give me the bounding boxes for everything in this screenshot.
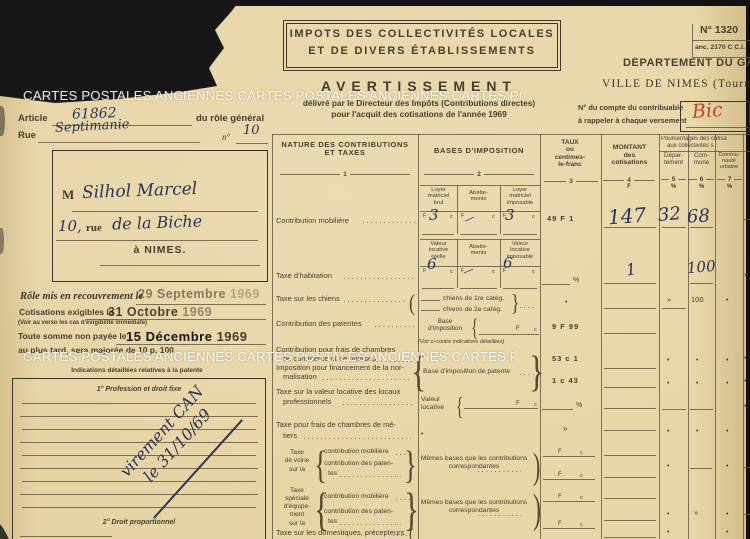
normalisation-base-label: Base d'imposition de patente (423, 368, 510, 376)
edge-mark: • (744, 403, 746, 411)
mobiliere-taux: 49 F 1 (547, 215, 574, 223)
equipement-close-paren: ) (533, 490, 541, 531)
address-street-handwritten: de la Biche (112, 211, 203, 235)
rule-line (56, 240, 258, 241)
rule-line (100, 265, 260, 266)
leader-dots (343, 297, 405, 306)
unit-mark: F (558, 521, 562, 528)
col-nature-header: NATURE DES CONTRIBUTIONS ET TAXES (274, 141, 416, 158)
subcol-abattements-1: Abatte- ments (457, 190, 500, 203)
row-voirie-stub: Taxe de voirie sur la (276, 449, 318, 474)
rule-line (543, 501, 595, 502)
patentes-taux: 9 F 99 (552, 323, 579, 331)
rule-line (503, 234, 537, 235)
scanned-tax-notice: IMPOTS DES COLLECTIVITÉS LOCALES ET DE D… (0, 0, 750, 539)
rule-line (464, 408, 538, 409)
leader-dots (392, 531, 408, 539)
form-number: N° 1320 (700, 25, 738, 37)
rule-line (422, 288, 454, 289)
row-locaux-label-1: Taxe sur la valeur locative des locaux (276, 388, 400, 396)
domestiques-open-paren: ( (409, 528, 414, 539)
unit-mark: F (558, 472, 562, 479)
chiens-dept-mark: » (667, 296, 671, 304)
rule-line (604, 387, 656, 388)
col-taux-header: TAUX ou centimes- le-franc (541, 139, 599, 168)
row-locaux-label-2: professionnels (283, 398, 331, 406)
article-label: Article (18, 114, 48, 125)
equipement-commune-mark: » (694, 509, 698, 517)
rule-line (543, 456, 595, 457)
habitation-taux-unit: % (573, 277, 579, 285)
unit-mark: c (492, 269, 495, 275)
unit-mark: c (532, 214, 535, 220)
col-number-6: 6 (689, 176, 714, 183)
mobiliere-dept-pct: 32 (657, 202, 682, 227)
due-date-note: (Voir au verso les cas d'exigibilité imm… (18, 320, 147, 327)
mobiliere-commune-pct: 68 (686, 204, 710, 229)
leader-dots (477, 467, 521, 476)
form-number-old: anc. 2170 C C.I. (695, 44, 745, 52)
voirie-close-paren: ) (533, 448, 540, 485)
account-label-1: N° du compte du contribuable (578, 104, 683, 112)
col-number-5: 5 (661, 176, 686, 183)
rule-line (604, 498, 656, 499)
rule-line (692, 40, 750, 41)
habitation-base-reelle: 6 (427, 255, 437, 275)
late-date-label: Toute somme non payée le (18, 332, 126, 342)
mobiliere-base-imposable: 3 (505, 206, 515, 226)
col-communaute-unit: % (717, 184, 742, 191)
col-number-2: 2 (424, 171, 534, 178)
unit-mark: c (492, 214, 495, 220)
rule-line (20, 416, 258, 417)
leader-dots (519, 303, 537, 312)
department-title: DÉPARTEMENT DU GARD (623, 57, 750, 69)
subcol-loyer-brut: Loyer matriciel brut (420, 187, 457, 206)
normalisation-dept-mark: • (667, 380, 669, 388)
rule-line (421, 310, 440, 311)
rule-line (688, 134, 689, 539)
rule-line (601, 134, 602, 539)
col-bases-header: BASES D'IMPOSITION (420, 147, 538, 155)
unit-mark: c (450, 214, 453, 220)
row-metiers-label-1: Taxe pour frais de chambres de mé- (276, 421, 396, 429)
locaux-taux-unit: % (576, 402, 582, 410)
chiens-cat2-label: chiens de 2e catég. (443, 306, 502, 314)
chiens-taux-mark: • (565, 299, 567, 307)
chiens-commune-pct: 100 (691, 296, 704, 304)
rule-line (20, 536, 112, 537)
street-number-label: n° (222, 132, 230, 142)
col-commune-header: Com- mune (688, 153, 715, 167)
notice-subtitle-2: pour l'acquit des cotisations de l'année… (285, 110, 553, 119)
col-number-1: 1 (280, 171, 410, 178)
rule-line (604, 477, 656, 478)
rule-line (479, 334, 539, 335)
unit-mark: F (423, 268, 426, 274)
rule-line (715, 134, 716, 539)
addressee-name-handwritten: Silhol Marcel (82, 178, 198, 204)
rule-line (503, 288, 537, 289)
civility-label: M (62, 188, 74, 203)
commerce-taux: 53 c 1 (552, 355, 579, 363)
rule-line (421, 300, 440, 301)
rule-line (22, 507, 256, 508)
normalisation-close-brace: } (529, 349, 544, 392)
roll-date-stamp: 29 Septembre 1969 (138, 287, 260, 301)
due-date-stamp: 31 Octobre 1969 (108, 305, 212, 319)
equipement-communaute-mark: • (726, 511, 728, 519)
edge-mark: • (744, 355, 746, 363)
unit-mark: c (580, 495, 583, 501)
roll-date-label: Rôle mis en recouvrement le (20, 291, 143, 303)
rule-line (690, 468, 712, 469)
unit-mark: c (580, 522, 583, 528)
rule-line (690, 283, 713, 284)
rule-line (272, 134, 750, 135)
rule-line (744, 219, 750, 220)
rule-line (690, 409, 713, 410)
unit-mark: F (558, 494, 562, 501)
normalisation-commune-mark: • (696, 380, 698, 388)
subcol-loyer-imposable: Loyer matriciel imposable (500, 187, 540, 206)
equipement-item1-label: contribution mobilière (324, 493, 389, 501)
col-number-3: 3 (544, 178, 598, 185)
row-metiers-label-2: tiers (283, 432, 297, 440)
rule-line (604, 368, 656, 369)
col-pct-header-1: Pourcentages des cotisa (661, 136, 749, 143)
rule-line (542, 284, 570, 285)
rule-line (543, 528, 595, 529)
rule-line (543, 479, 595, 480)
leader-dots (477, 511, 521, 520)
rule-line (604, 520, 656, 521)
rule-line (236, 143, 268, 144)
rule-line (604, 455, 656, 456)
rule-line (662, 308, 686, 309)
leader-dots (343, 274, 415, 283)
locaux-brace: { (456, 396, 463, 422)
commerce-dept-mark: • (667, 357, 669, 365)
col-communaute-header: Commu- nauté urbaine (715, 152, 743, 170)
metiers-taux-mark: » (563, 425, 567, 434)
rule-line (420, 266, 540, 267)
account-label-2: à rappeler à chaque versement (578, 117, 686, 125)
row-habitation-label: Taxe d'habitation (276, 272, 332, 280)
rule-line (418, 134, 419, 539)
city-title: VILLE DE NIMES (Tourmagne (602, 78, 750, 91)
leader-dots (339, 472, 403, 481)
rule-line (460, 288, 497, 289)
patentes-base-label: Base d'imposition (420, 318, 470, 333)
leader-dots (374, 322, 416, 331)
unit-mark: F (423, 213, 426, 219)
leader-dots (342, 400, 412, 409)
row-domestiques-label: Taxe sur les domestiques, précepteurs (276, 529, 404, 537)
unit-mark: F (516, 326, 520, 333)
rule-line (38, 142, 200, 143)
chiens-cat1-label: chiens de 1re catég. (443, 295, 504, 303)
row-equipement-stub: Taxe spéciale d'équipe- ment sur la (276, 487, 318, 528)
rule-line (686, 127, 748, 128)
col-dept-header: Dépar- tement (659, 153, 688, 167)
metiers-base-mark: • (421, 431, 423, 439)
rule-line (420, 239, 540, 240)
title-line1: IMPOTS DES COLLECTIVITÉS LOCALES (285, 28, 559, 40)
unit-mark: c (534, 402, 537, 408)
equipement-dept-mark: • (667, 511, 669, 519)
domestiques-dept-mark: • (667, 529, 669, 537)
row-patentes-label: Contribution des patentes (276, 320, 361, 328)
rule-line (744, 467, 750, 468)
address-city: à NIMES. (52, 245, 268, 257)
voirie-item1-label: contribution mobilière (324, 448, 389, 456)
patente-part2-label: 2° Droit proportionnel (12, 519, 266, 527)
unit-mark: c (580, 473, 583, 479)
unit-mark: c (450, 269, 453, 275)
commerce-communaute-mark: • (726, 357, 728, 365)
unit-mark: F (516, 401, 520, 408)
row-chiens-label: Taxe sur les chiens (276, 295, 340, 303)
rule-line (272, 134, 273, 539)
rule-line (420, 185, 540, 186)
late-date-stamp: 15 Décembre 1969 (126, 329, 248, 344)
metiers-commune-mark: • (696, 428, 698, 436)
col-montant-header: MONTANT des cotisations (602, 144, 657, 167)
address-number-handwritten: 10, (58, 217, 82, 237)
unit-mark: F (558, 449, 562, 456)
rule-line (662, 227, 686, 228)
rule-line (422, 234, 454, 235)
habitation-edge-mark: » (744, 271, 748, 280)
edge-mark: • (744, 378, 746, 386)
unit-mark: c (534, 327, 537, 333)
chiens-communaute-mark: • (726, 297, 728, 305)
metiers-communaute-mark: • (726, 428, 728, 436)
leader-dots (362, 218, 416, 227)
rule-line (692, 24, 693, 57)
rule-line (662, 409, 686, 410)
col-number-7: 7 (717, 176, 742, 183)
metiers-dept-mark: • (667, 428, 669, 436)
unit-mark: c (532, 269, 535, 275)
col-commune-unit: % (689, 184, 714, 191)
habitation-base-imposable: 6 (503, 254, 513, 274)
watermark-band-1: CARTES POSTALES ANCIENNES CARTES POSTALE… (0, 88, 522, 105)
row-normalisation-label-2: malisation (283, 373, 317, 381)
title-line2: ET DE DIVERS ÉTABLISSEMENTS (285, 45, 559, 57)
voirie-dept-mark: • (667, 463, 669, 471)
subcol-valeur-reelle: Valeur locative réelle (420, 241, 457, 260)
leader-dots (322, 375, 412, 384)
mobiliere-montant: 147 (607, 202, 647, 231)
commerce-commune-mark: • (696, 357, 698, 365)
rule-line (604, 430, 656, 431)
due-date-label: Cotisations exigibles le (19, 308, 113, 318)
habitation-commune-pct: 100 (686, 257, 716, 279)
chiens-open-paren: ( (409, 291, 415, 314)
normalisation-communaute-mark: • (726, 380, 728, 388)
rule-line (22, 429, 256, 430)
rule-line (604, 408, 656, 409)
mobiliere-base-brut: 3 (429, 206, 439, 226)
rule-line (659, 134, 660, 539)
col-number-4: 4 (603, 177, 655, 184)
street-number-handwritten: 10 (243, 123, 260, 140)
equipement-item2-suite: tes (328, 518, 337, 526)
rule-line (460, 234, 497, 235)
rule-line (604, 537, 656, 538)
address-rue-label: rue (86, 222, 102, 234)
row-mobiliere-label: Contribution mobilière (276, 217, 349, 225)
rule-line (604, 308, 656, 309)
leader-dots (303, 434, 411, 443)
account-number-handwritten: Bic (691, 98, 723, 125)
col-pct-header-2: aux collectivités s (667, 143, 749, 150)
col-dept-unit: % (661, 184, 686, 191)
watermark-band-2: CARTES POSTALES ANCIENNES CARTES POSTALE… (0, 349, 514, 366)
rule-line (744, 514, 750, 515)
street-label: Rue (18, 131, 36, 142)
normalisation-taux: 1 c 43 (552, 377, 579, 385)
locaux-base-label: Valeur locative (421, 396, 444, 411)
rule-line (542, 409, 573, 410)
rule-line (604, 283, 656, 284)
unit-mark: c (580, 450, 583, 456)
rule-line (604, 333, 656, 334)
voirie-communaute-mark: • (726, 463, 728, 471)
patentes-note: (Voir ci-contre indications détaillées) (418, 339, 504, 345)
col-montant-unit: F (603, 184, 655, 191)
subcol-abattements-2: Abatte- ments (457, 244, 500, 257)
equipement-item2-label: contribution des paten- (324, 508, 393, 516)
domestiques-communaute-mark: • (726, 529, 728, 537)
voirie-item2-label: contribution des paten- (324, 460, 393, 468)
voirie-item2-suite: tes (328, 470, 337, 478)
rule-line (743, 134, 744, 539)
